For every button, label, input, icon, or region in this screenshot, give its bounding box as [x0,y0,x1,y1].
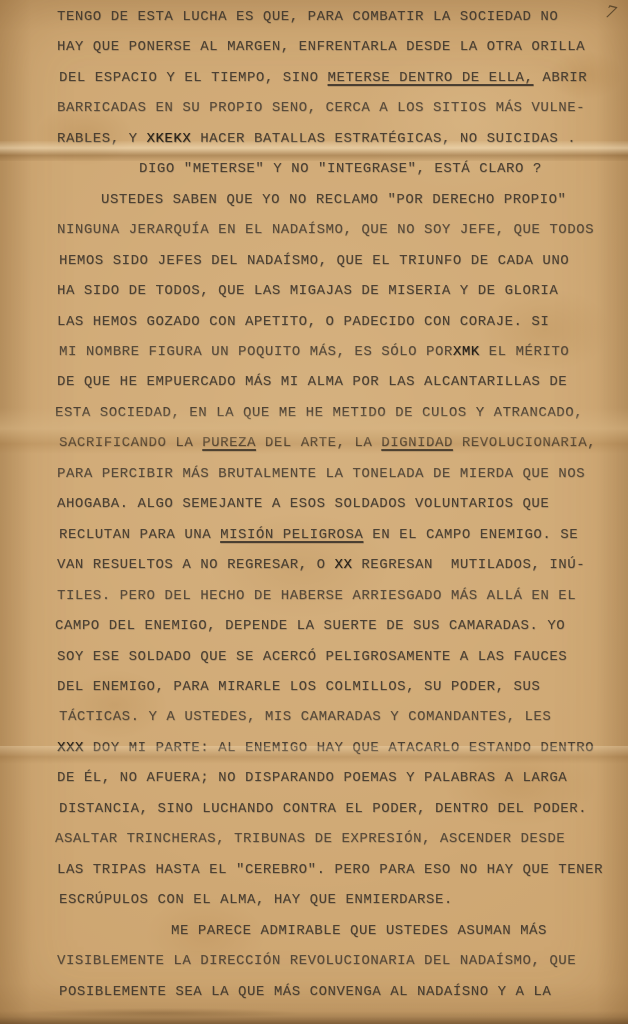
typewritten-text: TENGO DE ESTA LUCHA ES QUE, PARA COMBATI… [57,2,614,1007]
text-segment: RECLUTAN PARA UNA [59,527,220,543]
text-line: LAS HEMOS GOZADO CON APETITO, O PADECIDO… [57,307,614,337]
underlined-text-segment: PUREZA [202,435,256,451]
text-segment: USTEDES SABEN QUE YO NO RECLAMO "POR DER… [101,192,566,208]
struck-over-text-segment: XX [335,557,353,573]
text-segment: ME PARECE ADMIRABLE QUE USTEDES ASUMAN M… [171,923,547,939]
text-line: XXX DOY MI PARTE: AL ENEMIGO HAY QUE ATA… [57,733,614,763]
text-segment: MI NOMBRE FIGURA UN POQUITO MÁS, ES SÓLO… [59,344,453,360]
text-segment: VISIBLEMENTE LA DIRECCIÓN REVOLUCIONARIA… [57,953,576,969]
text-line: VISIBLEMENTE LA DIRECCIÓN REVOLUCIONARIA… [57,946,614,976]
text-line: ESTA SOCIEDAD, EN LA QUE ME HE METIDO DE… [55,398,614,428]
struck-over-text-segment: XXX [57,740,84,756]
text-line: RABLES, Y XKEKX HACER BATALLAS ESTRATÉGI… [57,124,614,154]
text-segment: DOY MI PARTE: AL ENEMIGO HAY QUE ATACARL… [84,740,594,756]
text-line: MI NOMBRE FIGURA UN POQUITO MÁS, ES SÓLO… [59,337,614,367]
text-segment: AHOGABA. ALGO SEMEJANTE A ESOS SOLDADOS … [57,496,549,512]
text-segment: DE QUE HE EMPUERCADO MÁS MI ALMA POR LAS… [57,374,567,390]
text-line: CAMPO DEL ENEMIGO, DEPENDE LA SUERTE DE … [55,611,614,641]
text-line: HA SIDO DE TODOS, QUE LAS MIGAJAS DE MIS… [57,276,614,306]
text-segment: PARA PERCIBIR MÁS BRUTALMENTE LA TONELAD… [57,466,585,482]
text-segment: TILES. PERO DEL HECHO DE HABERSE ARRIESG… [57,588,576,604]
text-line: VAN RESUELTOS A NO REGRESAR, O XX REGRES… [57,550,614,580]
text-segment: TÁCTICAS. Y A USTEDES, MIS CAMARADAS Y C… [59,709,551,725]
text-segment: POSIBLEMENTE SEA LA QUE MÁS CONVENGA AL … [59,984,551,1000]
text-line: DEL ENEMIGO, PARA MIRARLE LOS COLMILLOS,… [57,672,614,702]
text-line: BARRICADAS EN SU PROPIO SENO, CERCA A LO… [57,93,614,123]
text-segment: HEMOS SIDO JEFES DEL NADAÍSMO, QUE EL TR… [59,253,569,269]
text-line: ESCRÚPULOS CON EL ALMA, HAY QUE ENMIERDA… [59,885,614,915]
text-segment: ABRIR [533,70,587,86]
text-segment: DEL ESPACIO Y EL TIEMPO, SINO [59,70,328,86]
text-segment: ASALTAR TRINCHERAS, TRIBUNAS DE EXPRESIÓ… [55,831,565,847]
text-segment: DE ÉL, NO AFUERA; NO DISPARANDO POEMAS Y… [57,770,567,786]
document-page: 7 TENGO DE ESTA LUCHA ES QUE, PARA COMBA… [0,0,628,1024]
bottom-smudge [20,1008,300,1018]
text-segment: ESCRÚPULOS CON EL ALMA, HAY QUE ENMIERDA… [59,892,453,908]
text-segment: BARRICADAS EN SU PROPIO SENO, CERCA A LO… [57,100,585,116]
text-segment: LAS HEMOS GOZADO CON APETITO, O PADECIDO… [57,314,549,330]
text-segment: DEL ENEMIGO, PARA MIRARLE LOS COLMILLOS,… [57,679,540,695]
text-segment: DIGO "METERSE" Y NO "INTEGRASE", ESTÁ CL… [139,161,542,177]
text-segment: DEL ARTE, LA [256,435,381,451]
text-segment: EN EL CAMPO ENEMIGO. SE [363,527,578,543]
underlined-text-segment: DIGNIDAD [381,435,453,451]
struck-over-text-segment: XMK [453,344,480,360]
text-line: DIGO "METERSE" Y NO "INTEGRASE", ESTÁ CL… [59,154,614,184]
text-segment: REVOLUCIONARIA, [453,435,596,451]
text-segment: DISTANCIA, SINO LUCHANDO CONTRA EL PODER… [59,801,587,817]
bottom-edge-shadow [0,1011,628,1024]
text-line: DE QUE HE EMPUERCADO MÁS MI ALMA POR LAS… [57,367,614,397]
text-segment: HAY QUE PONERSE AL MARGEN, ENFRENTARLA D… [57,39,585,55]
text-line: DISTANCIA, SINO LUCHANDO CONTRA EL PODER… [59,794,614,824]
text-line: PARA PERCIBIR MÁS BRUTALMENTE LA TONELAD… [57,459,614,489]
text-segment: CAMPO DEL ENEMIGO, DEPENDE LA SUERTE DE … [55,618,565,634]
text-line: NINGUNA JERARQUÍA EN EL NADAÍSMO, QUE NO… [57,215,614,245]
text-line: RECLUTAN PARA UNA MISIÓN PELIGROSA EN EL… [59,520,614,550]
text-segment: LAS TRIPAS HASTA EL "CEREBRO". PERO PARA… [57,862,603,878]
text-segment: EL MÉRITO [480,344,570,360]
text-line: AHOGABA. ALGO SEMEJANTE A ESOS SOLDADOS … [57,489,614,519]
text-line: DEL ESPACIO Y EL TIEMPO, SINO METERSE DE… [59,63,614,93]
text-segment: RABLES, Y [57,131,147,147]
text-segment: ESTA SOCIEDAD, EN LA QUE ME HE METIDO DE… [55,405,583,421]
text-line: LAS TRIPAS HASTA EL "CEREBRO". PERO PARA… [57,855,614,885]
text-line: HEMOS SIDO JEFES DEL NADAÍSMO, QUE EL TR… [59,246,614,276]
text-line: DE ÉL, NO AFUERA; NO DISPARANDO POEMAS Y… [57,763,614,793]
text-segment: REGRESAN MUTILADOS, INÚ- [352,557,585,573]
text-line: POSIBLEMENTE SEA LA QUE MÁS CONVENGA AL … [59,977,614,1007]
text-line: TENGO DE ESTA LUCHA ES QUE, PARA COMBATI… [57,2,614,32]
text-line: SACRIFICANDO LA PUREZA DEL ARTE, LA DIGN… [59,428,614,458]
text-segment: NINGUNA JERARQUÍA EN EL NADAÍSMO, QUE NO… [57,222,594,238]
underlined-text-segment: METERSE DENTRO DE ELLA, [328,70,534,86]
text-segment: VAN RESUELTOS A NO REGRESAR, O [57,557,335,573]
text-line: TILES. PERO DEL HECHO DE HABERSE ARRIESG… [57,581,614,611]
text-line: ME PARECE ADMIRABLE QUE USTEDES ASUMAN M… [57,916,614,946]
text-line: USTEDES SABEN QUE YO NO RECLAMO "POR DER… [55,185,614,215]
text-segment: SOY ESE SOLDADO QUE SE ACERCÓ PELIGROSAM… [57,649,567,665]
text-segment: SACRIFICANDO LA [59,435,202,451]
underlined-text-segment: MISIÓN PELIGROSA [220,527,363,543]
text-line: ASALTAR TRINCHERAS, TRIBUNAS DE EXPRESIÓ… [55,824,614,854]
struck-over-text-segment: XKEKX [147,131,192,147]
text-segment: TENGO DE ESTA LUCHA ES QUE, PARA COMBATI… [57,9,558,25]
text-line: SOY ESE SOLDADO QUE SE ACERCÓ PELIGROSAM… [57,642,614,672]
text-line: HAY QUE PONERSE AL MARGEN, ENFRENTARLA D… [57,32,614,62]
text-segment: HACER BATALLAS ESTRATÉGICAS, NO SUICIDAS… [191,131,576,147]
text-segment: HA SIDO DE TODOS, QUE LAS MIGAJAS DE MIS… [57,283,558,299]
text-line: TÁCTICAS. Y A USTEDES, MIS CAMARADAS Y C… [59,702,614,732]
